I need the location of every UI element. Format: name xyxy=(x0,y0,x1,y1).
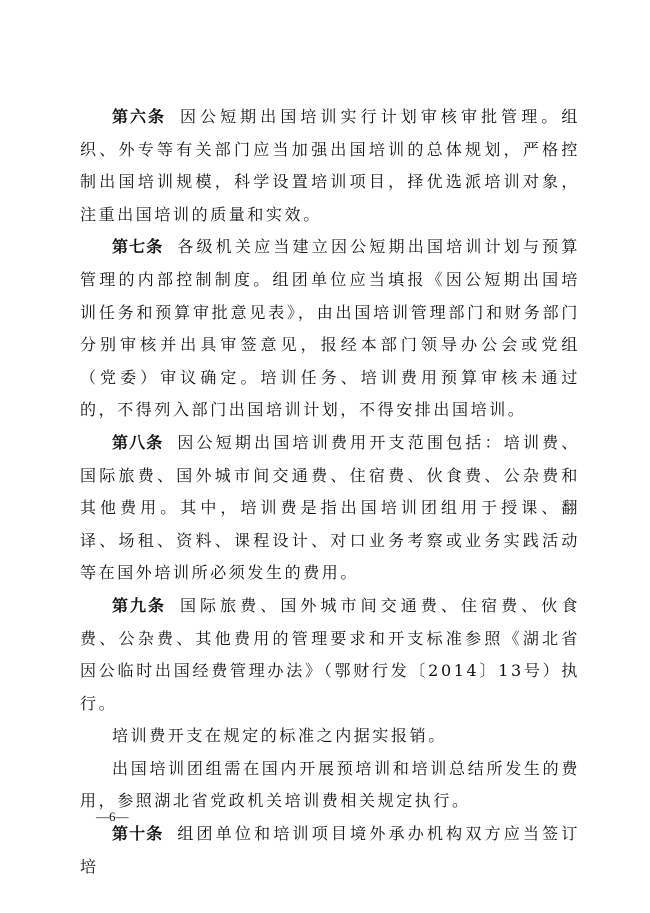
article-7-paragraph: 第七条各级机关应当建立因公短期出国培训计划与预算管理的内部控制制度。组团单位应当… xyxy=(80,231,580,427)
article-number: 第十条 xyxy=(112,824,163,843)
article-10-paragraph: 第十条组团单位和培训项目境外承办机构双方应当签订培 xyxy=(80,818,580,883)
article-number: 第九条 xyxy=(112,596,166,615)
article-number: 第七条 xyxy=(112,237,163,256)
page-number: —6— xyxy=(96,809,129,825)
article-text: 各级机关应当建立因公短期出国培训计划与预算管理的内部控制制度。组团单位应当填报《… xyxy=(80,237,580,419)
domestic-training-paragraph: 出国培训团组需在国内开展预培训和培训总结所发生的费用，参照湖北省党政机关培训费相… xyxy=(80,753,580,818)
training-fee-paragraph: 培训费开支在规定的标准之内据实报销。 xyxy=(80,720,580,753)
paragraph-text: 出国培训团组需在国内开展预培训和培训总结所发生的费用，参照湖北省党政机关培训费相… xyxy=(80,759,580,811)
document-page: 第六条因公短期出国培训实行计划审核审批管理。组织、外专等有关部门应当加强出国培训… xyxy=(0,0,650,913)
paragraph-text: 培训费开支在规定的标准之内据实报销。 xyxy=(112,726,447,745)
article-9-paragraph: 第九条国际旅费、国外城市间交通费、住宿费、伙食费、公杂费、其他费用的管理要求和开… xyxy=(80,590,580,720)
article-8-paragraph: 第八条因公短期出国培训费用开支范围包括：培训费、国际旅费、国外城市间交通费、住宿… xyxy=(80,427,580,590)
article-number: 第八条 xyxy=(112,433,163,452)
article-6-paragraph: 第六条因公短期出国培训实行计划审核审批管理。组织、外专等有关部门应当加强出国培训… xyxy=(80,101,580,231)
article-number: 第六条 xyxy=(112,107,166,126)
article-text: 因公短期出国培训费用开支范围包括：培训费、国际旅费、国外城市间交通费、住宿费、伙… xyxy=(80,433,580,582)
document-body: 第六条因公短期出国培训实行计划审核审批管理。组织、外专等有关部门应当加强出国培训… xyxy=(80,101,580,883)
